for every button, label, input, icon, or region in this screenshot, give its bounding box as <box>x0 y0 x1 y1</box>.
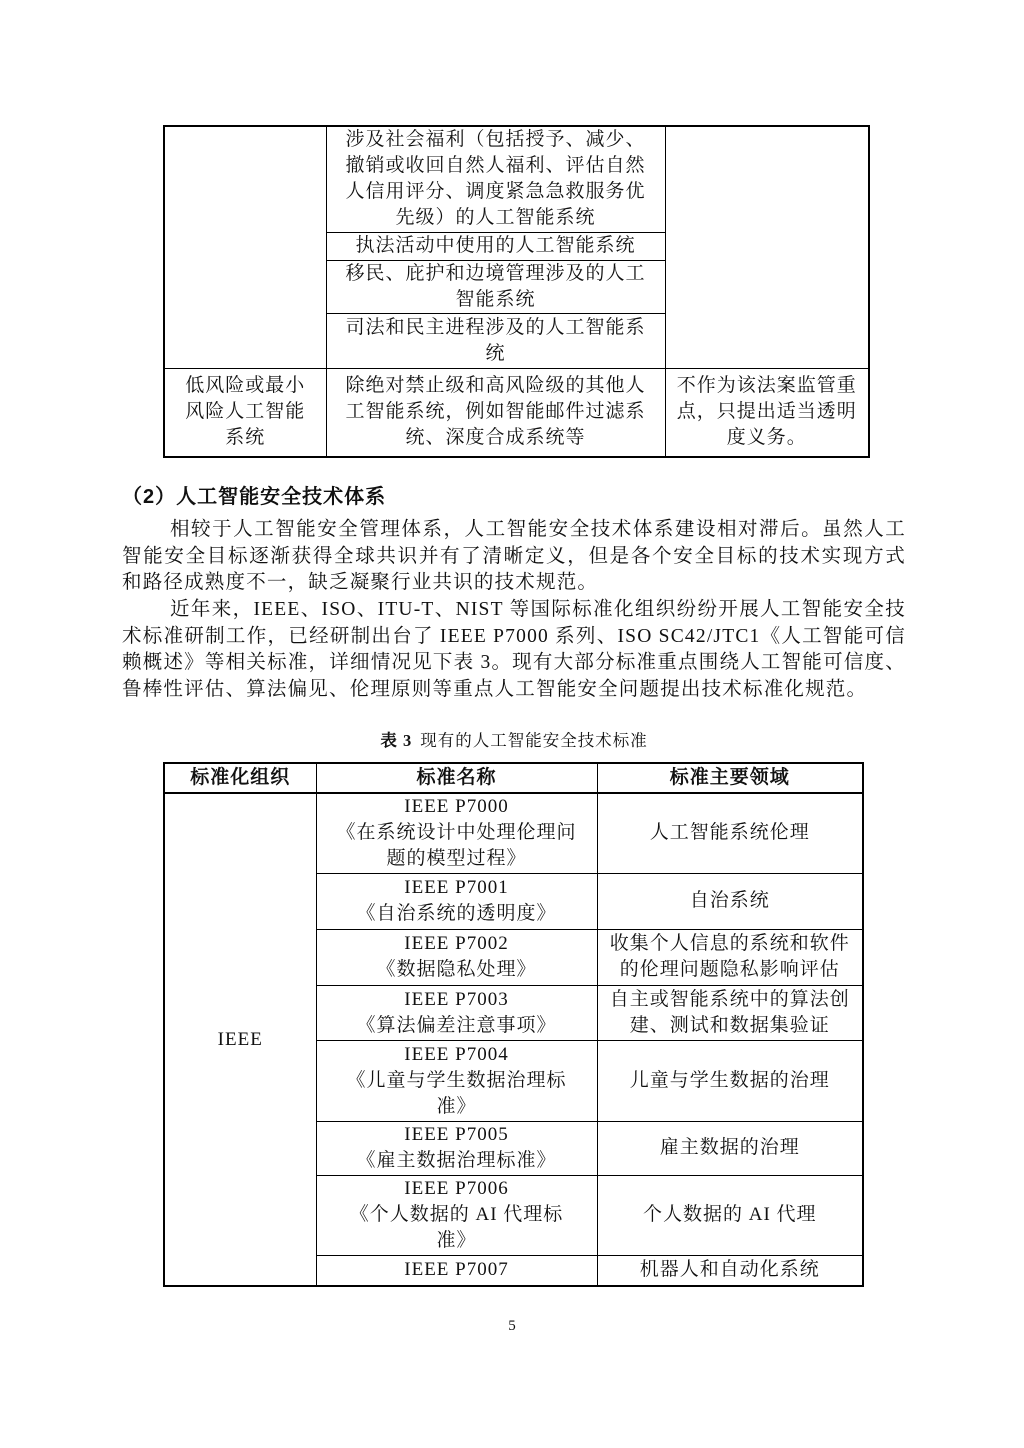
ai-safety-standards-table: 标准化组织 标准名称 标准主要领域 IEEE IEEE P7000 《在系统设计… <box>163 762 864 1287</box>
low-risk-category-cell: 低风险或最小 风险人工智能 系统 <box>164 368 326 457</box>
standard-domain-p7001: 自治系统 <box>597 873 863 929</box>
table3-caption-label: 表 3 <box>380 731 412 750</box>
column-header-organization: 标准化组织 <box>164 763 316 793</box>
page-number: 5 <box>0 1318 1024 1335</box>
standard-domain-p7000: 人工智能系统伦理 <box>597 793 863 873</box>
standard-name-p7004: IEEE P7004 《儿童与学生数据治理标 准》 <box>316 1040 597 1121</box>
risk-level-table: 涉及社会福利（包括授予、减少、 撤销或收回自然人福利、评估自然 人信用评分、调度… <box>163 125 870 458</box>
column-header-standard-domain: 标准主要领域 <box>597 763 863 793</box>
standard-name-p7005: IEEE P7005 《雇主数据治理标准》 <box>316 1121 597 1175</box>
low-risk-regulation-cell: 不作为该法案监管重 点，只提出适当透明 度义务。 <box>665 368 869 457</box>
high-risk-item-justice: 司法和民主进程涉及的人工智能系 统 <box>326 313 665 368</box>
high-risk-item-law-enforcement: 执法活动中使用的人工智能系统 <box>326 232 665 260</box>
document-page: 涉及社会福利（包括授予、减少、 撤销或收回自然人福利、评估自然 人信用评分、调度… <box>0 0 1024 1448</box>
organization-cell-ieee: IEEE <box>164 793 316 1286</box>
low-risk-description-cell: 除绝对禁止级和高风险级的其他人 工智能系统，例如智能邮件过滤系 统、深度合成系统… <box>326 368 665 457</box>
standard-name-p7001: IEEE P7001 《自治系统的透明度》 <box>316 873 597 929</box>
standard-name-p7002: IEEE P7002 《数据隐私处理》 <box>316 929 597 985</box>
standard-domain-p7003: 自主或智能系统中的算法创 建、测试和数据集验证 <box>597 985 863 1040</box>
risk-category-empty-cell <box>164 126 326 368</box>
paragraph-standards-orgs: 近年来，IEEE、ISO、ITU-T、NIST 等国际标准化组织纷纷开展人工智能… <box>122 597 906 703</box>
standard-domain-p7004: 儿童与学生数据的治理 <box>597 1040 863 1121</box>
paragraph-ai-tech-system-lag: 相较于人工智能安全管理体系，人工智能安全技术体系建设相对滞后。虽然人工智能安全目… <box>122 517 906 597</box>
column-header-standard-name: 标准名称 <box>316 763 597 793</box>
standard-domain-p7005: 雇主数据的治理 <box>597 1121 863 1175</box>
high-risk-item-welfare: 涉及社会福利（包括授予、减少、 撤销或收回自然人福利、评估自然 人信用评分、调度… <box>326 126 665 232</box>
standard-name-p7000: IEEE P7000 《在系统设计中处理伦理问 题的模型过程》 <box>316 793 597 873</box>
table3-caption: 表 3现有的人工智能安全技术标准 <box>122 729 906 753</box>
standard-domain-p7007: 机器人和自动化系统 <box>597 1255 863 1286</box>
standard-domain-p7006: 个人数据的 AI 代理 <box>597 1175 863 1255</box>
standard-name-p7007: IEEE P7007 <box>316 1255 597 1286</box>
table3-caption-text: 现有的人工智能安全技术标准 <box>420 731 648 750</box>
standard-name-p7003: IEEE P7003 《算法偏差注意事项》 <box>316 985 597 1040</box>
standard-domain-p7002: 收集个人信息的系统和软件 的伦理问题隐私影响评估 <box>597 929 863 985</box>
section-heading: （2）人工智能安全技术体系 <box>122 484 906 511</box>
standard-name-p7006: IEEE P7006 《个人数据的 AI 代理标 准》 <box>316 1175 597 1255</box>
risk-regulation-empty-cell <box>665 126 869 368</box>
high-risk-item-migration: 移民、庇护和边境管理涉及的人工 智能系统 <box>326 260 665 313</box>
